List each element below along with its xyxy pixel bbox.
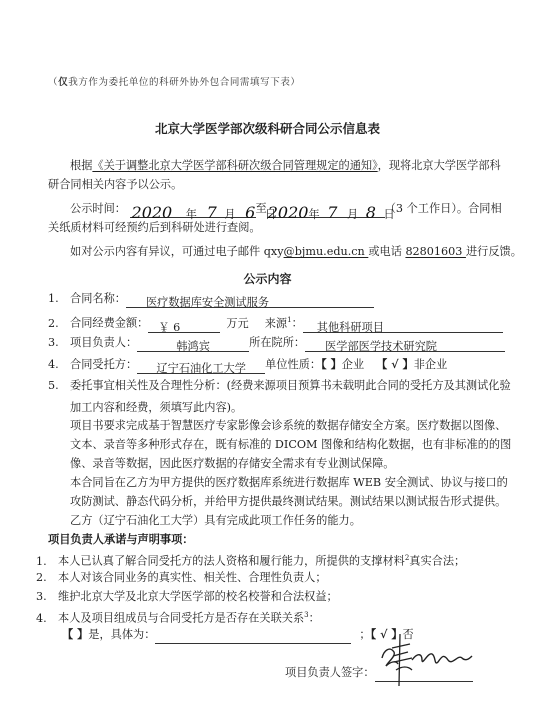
start-date-field: 2020 年 7 月 6 日: [130, 203, 256, 218]
source-value: 其他科研项目: [317, 321, 384, 334]
analysis-label-line-2: 加工内容和经费，须填写此内容)。: [70, 398, 242, 417]
end-year: 2020: [268, 203, 309, 222]
analysis-label: 委托事宜相关性及合理性分析：(经费来源项目预算书未载明此合同的受托方及其测试化验: [70, 379, 511, 392]
contract-name-label: 合同名称：: [70, 292, 126, 305]
header-note-bold: 仅: [58, 77, 68, 88]
enterprise-checkbox[interactable]: 【 】: [321, 357, 342, 371]
dept-value: 医学部医学技术研究院: [325, 340, 437, 353]
item-contract-name: 1.合同名称：医疗数据库安全测试服务: [48, 289, 374, 308]
analysis-body-line: 乙方（辽宁石油化工大学）具有完成此项工作任务的能力。: [70, 511, 361, 530]
to-text: 至: [256, 202, 267, 215]
intro-suffix: ，现将北京大学医学部科: [378, 159, 501, 172]
item-contractee: 4.合同受托方：辽宁石油化工大学单位性质：【 】企业【 √ 】非企业: [48, 355, 447, 374]
non-enterprise-checkbox[interactable]: 【 √ 】: [376, 357, 414, 371]
source-label: 来源: [265, 317, 287, 330]
analysis-body-line: 攻防测试、静态代码分析，并给甲方提供最终测试结果。测试结果以测试报告形式提供。: [70, 492, 506, 511]
analysis-body-line: 本合同旨在乙方为甲方提供的医疗数据库系统进行数据库 WEB 安全测试、协议与接口…: [70, 473, 508, 492]
intro-line-1: 根据《关于调整北京大学医学部科研次级合同管理规定的通知》，现将北京大学医学部科: [70, 156, 501, 175]
handwritten-signature-icon: [378, 630, 478, 688]
related-yes-checkbox[interactable]: 【 】: [62, 627, 88, 641]
header-note-text: 我方作为委托单位的科研外协外包合同需填写下表）: [68, 77, 300, 88]
item-pi: 3.项目负责人：韩鸿宾所在院所：医学部医学技术研究院: [48, 333, 505, 352]
analysis-body-line: 像、录音等数据，因此医疗数据的存储安全需求有专业测试保障。: [70, 454, 394, 473]
pi-value: 韩鸿宾: [176, 340, 210, 353]
pi-field: 韩鸿宾: [137, 337, 249, 352]
feedback-email[interactable]: @bjmu.edu.cn: [284, 245, 369, 258]
analysis-body-line: 文本、录音等多种形式存在，既有标准的 DICOM 图像和结构化数据，也有非标准的…: [70, 435, 511, 454]
section-title: 公示内容: [0, 270, 535, 287]
signature-label: 项目负责人签字：: [285, 666, 375, 679]
intro-prefix: 根据: [70, 159, 92, 172]
analysis-body-line: 项目书要求完成基于智慧医疗专家影像会诊系统的数据存储安全方案。医疗数据以图像、: [70, 416, 506, 435]
end-month: 7: [327, 203, 337, 222]
notice-link[interactable]: 《关于调整北京大学医学部科研次级合同管理规定的通知》: [92, 159, 377, 172]
contractee-field: 辽宁石油化工大学: [137, 359, 265, 374]
related-detail-field[interactable]: [155, 629, 351, 644]
header-note-open-paren: （: [48, 77, 58, 88]
publicity-label: 公示时间：: [70, 202, 126, 215]
dept-field: 医学部医学技术研究院: [305, 337, 505, 352]
amount-value: ￥ 6: [158, 321, 180, 334]
contract-name-value: 医疗数据库安全测试服务: [146, 296, 269, 309]
amount-unit: 万元: [226, 317, 248, 330]
dept-label: 所在院所：: [249, 336, 305, 349]
amount-field: ￥ 6: [148, 318, 220, 333]
publicity-period-line: 公示时间： 2020 年 7 月 6 日 至 2020年 7 月 8 日 （3 …: [70, 199, 502, 218]
item-contract-amount: 2.合同经费金额：￥ 6万元来源1：其他科研项目: [48, 311, 503, 333]
end-day: 8: [366, 203, 376, 222]
pledge-item: 3.维护北京大学及北京大学医学部的校名校誉和合法权益；: [36, 587, 338, 606]
publicity-line-2: 关纸质材料可经预约后到科研处进行查阅。: [48, 218, 261, 237]
pledge-item: 2.本人对该合同业务的真实性、相关性、合理性负责人；: [36, 568, 327, 587]
contractee-value: 辽宁石油化工大学: [156, 362, 246, 375]
source-field: 其他科研项目: [303, 318, 503, 333]
item-analysis: 5.委托事宜相关性及合理性分析：(经费来源项目预算书未载明此合同的受托方及其测试…: [48, 376, 511, 395]
header-note: （仅我方作为委托单位的科研外协外包合同需填写下表）: [48, 74, 301, 88]
related-party-line: 【 】是，具体为：；【 √ 】否: [62, 625, 414, 644]
contract-name-field: 医疗数据库安全测试服务: [126, 293, 374, 308]
publicity-tail: （3 个工作日）。合同相: [385, 202, 502, 215]
feedback-line: 如对公示内容有异议，可通过电子邮件 qxy@bjmu.edu.cn 或电话 82…: [70, 242, 522, 261]
intro-line-2: 研合同相关内容予以公示。: [48, 175, 182, 194]
pledge-title: 项目负责人承诺与声明事项：: [48, 530, 193, 549]
end-date-field: 2020年 7 月 8 日: [267, 203, 385, 218]
document-title: 北京大学医学部次级科研合同公示信息表: [0, 119, 535, 137]
feedback-phone[interactable]: 82801603: [405, 245, 466, 258]
